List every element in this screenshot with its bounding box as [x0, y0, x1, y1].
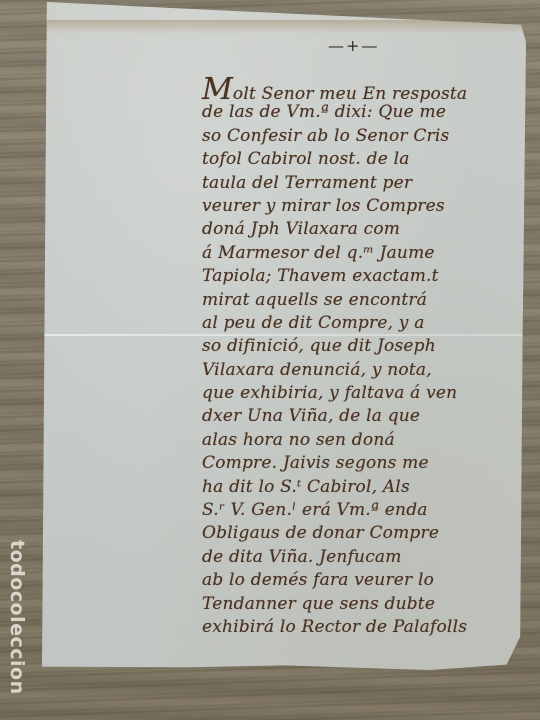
- letter-line: á Marmesor del q.ᵐ Jaume: [202, 242, 522, 265]
- letter-body: Molt Senor meu En resposta de las de Vm.…: [202, 78, 522, 639]
- letter-line: Vilaxara denunciá, y nota,: [202, 359, 522, 382]
- letter-line: dxer Una Viña, de la que: [202, 405, 522, 428]
- letter-line: Molt Senor meu En resposta: [202, 78, 522, 101]
- letter-line: taula del Terrament per: [202, 172, 522, 195]
- letter-line: Tapiola; Thavem exactam.t: [202, 265, 522, 288]
- letter-line: S.ʳ V. Gen.ˡ erá Vm.ª enda: [202, 499, 522, 522]
- letter-line: exhibirá lo Rector de Palafolls: [202, 616, 522, 639]
- letter-line: doná Jph Vilaxara com: [202, 218, 522, 241]
- letter-line: Compre. Jaivis segons me: [202, 452, 522, 475]
- letter-line: veurer y mirar los Compres: [202, 195, 522, 218]
- letter-line: so Confesir ab lo Senor Cris: [202, 125, 522, 148]
- letter-line: Tendanner que sens dubte: [202, 593, 522, 616]
- letter-line: de las de Vm.ª dixi: Que me: [202, 101, 522, 124]
- letter-line: mirat aquells se encontrá: [202, 289, 522, 312]
- letter-line: al peu de dit Compre, y a: [202, 312, 522, 335]
- letter-line: ab lo demés fara veurer lo: [202, 569, 522, 592]
- header-cross-mark: —+—: [328, 36, 379, 55]
- letter-line: so difinició, que dit Joseph: [202, 335, 522, 358]
- manuscript-paper: —+— Molt Senor meu En resposta de las de…: [42, 2, 526, 670]
- todocoleccion-watermark: todocoleccion: [2, 540, 32, 710]
- letter-line: que exhibiria, y faltava á ven: [202, 382, 522, 405]
- paper-edge-stain: [42, 20, 526, 34]
- letter-line: tofol Cabirol nost. de la: [202, 148, 522, 171]
- letter-line: Obligaus de donar Compre: [202, 522, 522, 545]
- letter-line: de dita Viña. Jenfucam: [202, 546, 522, 569]
- letter-line: ha dit lo S.ᵗ Cabirol, Als: [202, 476, 522, 499]
- letter-line: alas hora no sen doná: [202, 429, 522, 452]
